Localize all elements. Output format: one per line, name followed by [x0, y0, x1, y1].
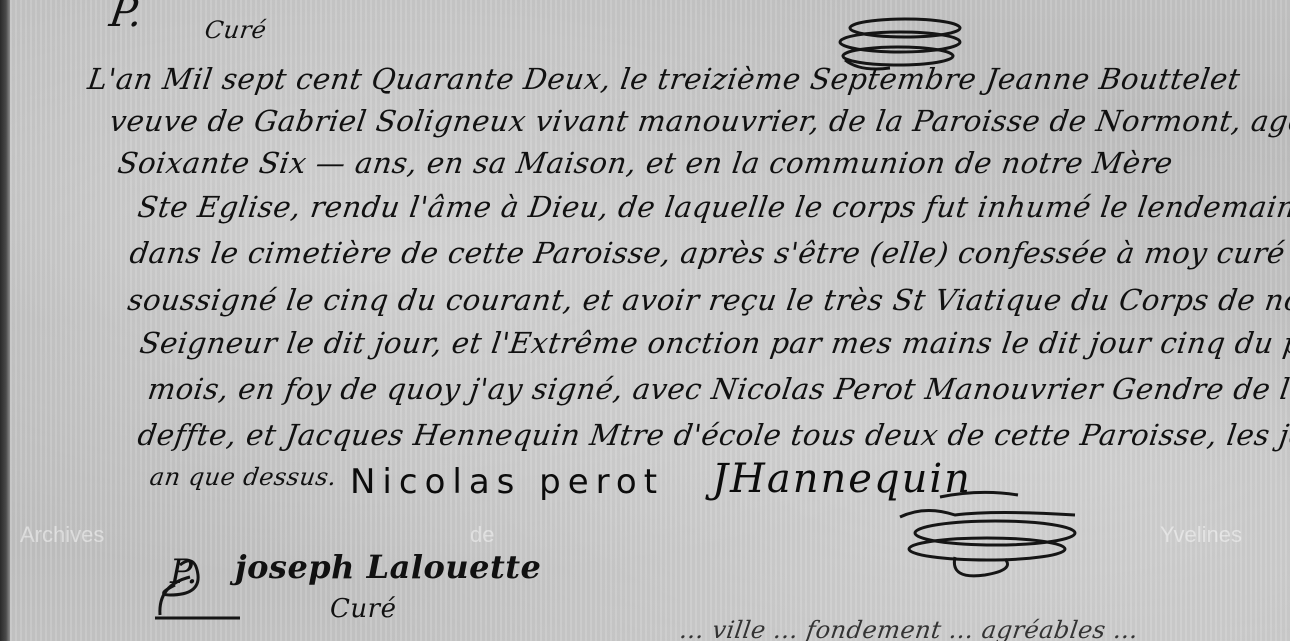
- entry-line-4: Ste Eglise, rendu l'âme à Dieu, de laque…: [136, 190, 1290, 224]
- priest-title: Curé: [330, 594, 396, 624]
- entry-line-5: dans le cimetière de cette Paroisse, apr…: [128, 236, 1288, 270]
- watermark-fragment-2: de: [470, 522, 494, 548]
- watermark-fragment-1: Archives: [20, 522, 104, 548]
- paraph-flourish-bottom-icon: [895, 495, 1095, 585]
- signature-nicolas-perot: Nicolas perot: [350, 462, 664, 502]
- priest-name: joseph Lalouette: [235, 548, 541, 586]
- entry-line-6: soussigné le cinq du courant, et avoir r…: [126, 283, 1290, 317]
- next-entry-fragment: ... ville ... fondement ... agréables ..…: [678, 616, 1140, 641]
- entry-line-2: veuve de Gabriel Soligneux vivant manouv…: [108, 104, 1290, 138]
- entry-line-10: an que dessus.: [148, 463, 339, 491]
- entry-line-8: mois, en foy de quoy j'ay signé, avec Ni…: [146, 372, 1290, 406]
- entry-line-1: L'an Mil sept cent Quarante Deux, le tre…: [86, 62, 1243, 96]
- watermark-fragment-5: Yvelines: [1160, 522, 1242, 548]
- previous-entry-signature-title: Curé: [203, 16, 268, 44]
- entry-line-9: deffte, et Jacques Hennequin Mtre d'écol…: [136, 418, 1290, 452]
- previous-entry-signature-initial: P.: [107, 0, 146, 36]
- entry-line-7: Seigneur le dit jour, et l'Extrême oncti…: [138, 326, 1290, 360]
- scanned-register-page: P. Curé L'an Mil sept cent Quarante Deux…: [0, 0, 1290, 641]
- priest-prefix: P.: [170, 552, 198, 592]
- page-binding-edge: [0, 0, 10, 641]
- entry-line-3: Soixante Six — ans, en sa Maison, et en …: [116, 146, 1176, 180]
